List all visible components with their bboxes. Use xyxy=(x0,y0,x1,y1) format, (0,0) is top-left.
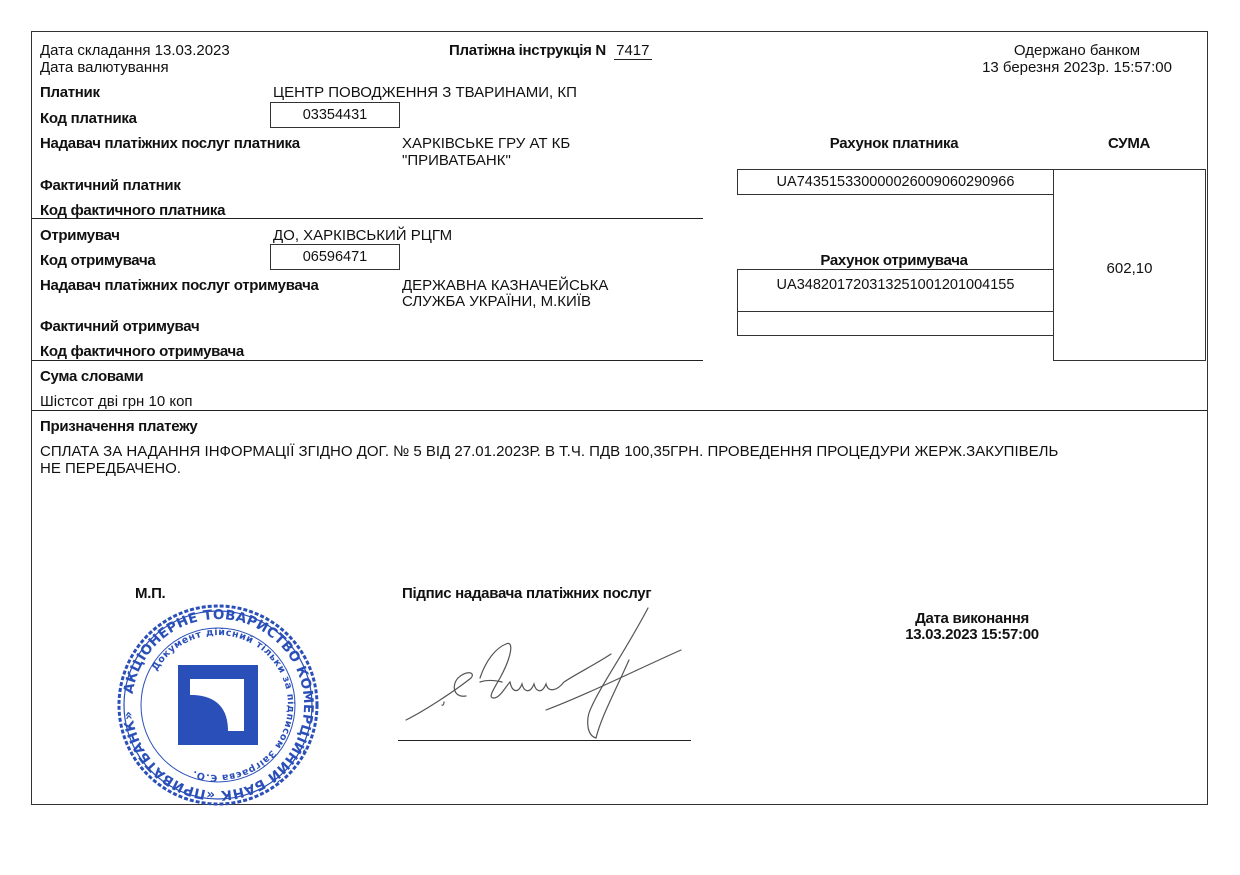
execution-datetime: 13.03.2023 15:57:00 xyxy=(862,626,1082,643)
payer-psp-line2: "ПРИВАТБАНК" xyxy=(402,152,511,169)
payer-account-box: UA743515330000026009060290966 xyxy=(737,169,1054,195)
purpose-label: Призначення платежу xyxy=(40,418,197,435)
value-date-label: Дата валютування xyxy=(40,59,169,76)
amount-value: 602,10 xyxy=(1054,260,1205,277)
actual-recipient-label: Фактичний отримувач xyxy=(40,318,199,335)
amount-box: 602,10 xyxy=(1053,169,1206,361)
title-label: Платіжна інструкція N xyxy=(449,42,606,59)
divider-payer xyxy=(32,218,703,219)
amount-words-label: Сума словами xyxy=(40,368,143,385)
recipient-code-box: 06596471 xyxy=(270,244,400,270)
actual-payer-code-label: Код фактичного платника xyxy=(40,202,225,219)
payer-code-box: 03354431 xyxy=(270,102,400,128)
document-number: 7417 xyxy=(614,42,651,60)
divider-amount-words xyxy=(32,410,1207,411)
actual-recipient-code-label: Код фактичного отримувача xyxy=(40,343,244,360)
execution-date-label: Дата виконання xyxy=(862,610,1082,627)
date-composed-value: 13.03.2023 xyxy=(155,42,230,59)
payer-account: UA743515330000026009060290966 xyxy=(777,174,1015,190)
stamp-label: М.П. xyxy=(135,585,165,602)
date-composed: Дата складання 13.03.2023 xyxy=(40,42,230,59)
signature-line xyxy=(398,740,691,741)
date-composed-label: Дата складання xyxy=(40,42,151,59)
recipient-code-label: Код отримувача xyxy=(40,252,155,269)
recipient-account: UA348201720313251001201004155 xyxy=(777,277,1015,293)
amount-words: Шістсот дві грн 10 коп xyxy=(40,393,193,410)
bank-stamp-icon: АКЦІОНЕРНЕ ТОВАРИСТВО КОМЕРЦІЙНИЙ БАНК «… xyxy=(116,603,320,807)
received-by-bank-label: Одержано банком xyxy=(962,42,1192,59)
purpose-line1: СПЛАТА ЗА НАДАННЯ ІНФОРМАЦІЇ ЗГІДНО ДОГ.… xyxy=(40,443,1058,460)
privatbank-logo-icon xyxy=(178,665,258,745)
document-title: Платіжна інструкція N 7417 xyxy=(449,42,652,59)
recipient-psp-line2: СЛУЖБА УКРАЇНИ, М.КИЇВ xyxy=(402,293,591,310)
payer-name: ЦЕНТР ПОВОДЖЕННЯ З ТВАРИНАМИ, КП xyxy=(273,84,577,101)
divider-recipient xyxy=(32,360,703,361)
actual-payer-label: Фактичний платник xyxy=(40,177,181,194)
payer-label: Платник xyxy=(40,84,100,101)
payer-code-label: Код платника xyxy=(40,110,137,127)
payer-psp-label: Надавач платіжних послуг платника xyxy=(40,135,300,152)
purpose-line2: НЕ ПЕРЕДБАЧЕНО. xyxy=(40,460,181,477)
recipient-label: Отримувач xyxy=(40,227,120,244)
received-datetime: 13 березня 2023р. 15:57:00 xyxy=(962,59,1192,76)
recipient-account-box: UA348201720313251001201004155 xyxy=(737,269,1054,312)
recipient-psp-label: Надавач платіжних послуг отримувача xyxy=(40,277,319,294)
signature-icon xyxy=(396,600,696,740)
payer-account-label: Рахунок платника xyxy=(736,135,1052,152)
recipient-psp-line1: ДЕРЖАВНА КАЗНАЧЕЙСЬКА xyxy=(402,277,608,294)
payer-code: 03354431 xyxy=(303,107,368,123)
recipient-name: ДО, ХАРКІВСЬКИЙ РЦГМ xyxy=(273,227,452,244)
recipient-account-label: Рахунок отримувача xyxy=(736,252,1052,269)
amount-label: СУМА xyxy=(1054,135,1204,152)
recipient-code: 06596471 xyxy=(303,249,368,265)
recipient-extra-box xyxy=(737,311,1054,336)
payer-psp-line1: ХАРКІВСЬКЕ ГРУ АТ КБ xyxy=(402,135,570,152)
